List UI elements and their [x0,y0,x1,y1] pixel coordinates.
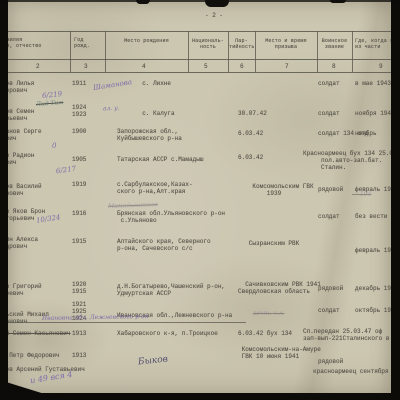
cell-left-unit: Сп.передан 25.03.47 оф зап-вып-221Сталин… [303,328,389,342]
cell-year: 1905 [72,156,86,163]
cell-rank: солдат [318,213,340,220]
column-divider [70,31,71,72]
cell-year: 1915 [72,238,86,245]
cell-birthplace: с. Калуга [117,110,175,117]
column-number: 9 [379,63,383,70]
scan-artifact [205,0,229,7]
cell-year: 1916 [72,210,86,217]
handwritten-annotation: — 194 [352,191,371,198]
cell-birthplace: Брянская обл.Ульяновского р-он с.Ульянов… [117,210,225,224]
column-header-birthplace: Место рождения [106,38,187,44]
page-number: - 2 - [205,12,223,19]
cell-birthplace: Запорожская обл., Куйбышевского р-на [117,128,182,142]
header-mid-rule [8,59,391,60]
signature: Быков [138,356,169,366]
handwritten-annotation: 6/217 [56,166,77,176]
cell-rank: рядовой [318,285,343,292]
cell-birthplace: Татарская АССР с.Мамадыш [117,156,203,163]
cell-left-unit: красноармеец сентября 19 [313,368,399,375]
handwritten-annotation: 0 [52,143,56,150]
document-paper: - 2 - Фамилия имя, отчество Год рожд. Ме… [8,0,391,400]
cell-year: 1919 [72,181,86,188]
cell-rank: солдат [318,80,340,87]
cell-year: 1913 [72,330,86,337]
column-number: 3 [84,63,88,70]
strike-rule [8,322,246,323]
cell-draft: 6.03.42 [238,130,263,137]
column-header-party: Пар- тийность [229,38,254,50]
cell-year: 1900 [72,128,86,135]
cell-birthplace: д.Н.Богатырево,Чашенский р-он, Удмуртска… [117,283,225,297]
column-header-birth-year: Год рожд. [74,37,103,49]
cell-name: в Петр Федорович [2,352,60,359]
header-bottom-rule [8,72,391,73]
cell-draft: Комсомольским ГВК 1939 [238,183,314,197]
cell-name: ий Семен Касьянович [2,330,70,337]
cell-rank: рядовой [318,186,343,193]
handwritten-annotation: Лид Тим [36,99,64,108]
cell-left-unit: ноябрь [355,130,377,137]
cell-draft: Сачивковским РВК 1941 Свердловская облас… [238,281,321,295]
cell-left-unit: ноября 1944 [355,110,395,117]
cell-rank: солдат [318,307,340,314]
scan-background: - 2 - Фамилия имя, отчество Год рожд. Ме… [0,0,400,400]
column-number: 8 [332,63,336,70]
handwritten-annotation: ал. у. [103,105,120,113]
cell-birthplace: Алтайского края, Северного р-она, Сачевс… [117,238,211,252]
column-number: 4 [142,63,146,70]
handwritten-annotation: Мамадышского [108,201,158,210]
cell-name: лов Арсений Густавьевич [2,366,85,373]
scan-edge-left [0,0,8,400]
handwritten-annotation: зачт. ч.л. [253,310,284,317]
column-number: 2 [36,63,40,70]
scan-artifact [330,0,346,3]
cell-draft: Комсомольским-на-Амуре ГВК 10 июня 1941 [238,346,321,360]
cell-left-unit: Красноармеец бух 134 25.0 пол.авто-зап.б… [303,150,393,171]
column-header-name: Фамилия имя, отчество [0,37,66,49]
cell-birthplace: с.Сарбулакское,Казах- ского р-на,Алт.кра… [117,181,193,195]
scan-edge-right [391,0,400,400]
handwritten-annotation: 10/324 [36,214,61,224]
cell-year: 1911 [72,80,86,87]
cell-year: 1924 1923 [72,104,86,118]
column-number: 7 [285,63,289,70]
column-header-rank: Воинское звание [318,38,351,50]
cell-birthplace: Хабаровского к-я, п.Троицкое [117,330,218,337]
cell-rank: рядовой [318,358,343,365]
scan-artifact [136,0,150,4]
cell-draft: 30.07.42 [238,110,267,117]
cell-rank: солдат [318,110,340,117]
table-top-rule [8,31,391,32]
handwritten-annotation: Ивановна обл. Лежневского р-он [42,313,149,322]
cell-draft: 6.03.42 бух 134 [238,330,292,337]
column-header-nationality: Националь- ность [189,38,227,50]
cell-draft: 6.03.42 [238,154,263,161]
cell-year: 1920 1915 [72,281,86,295]
cell-year: 1913 [72,352,86,359]
column-header-draft-place: Место и время призыва [256,38,316,50]
handwritten-annotation: Шаманова [93,79,133,92]
column-number: 5 [204,63,208,70]
column-number: 6 [240,63,244,70]
cell-draft: Сызранским РВК [238,240,299,247]
column-divider [352,31,353,72]
